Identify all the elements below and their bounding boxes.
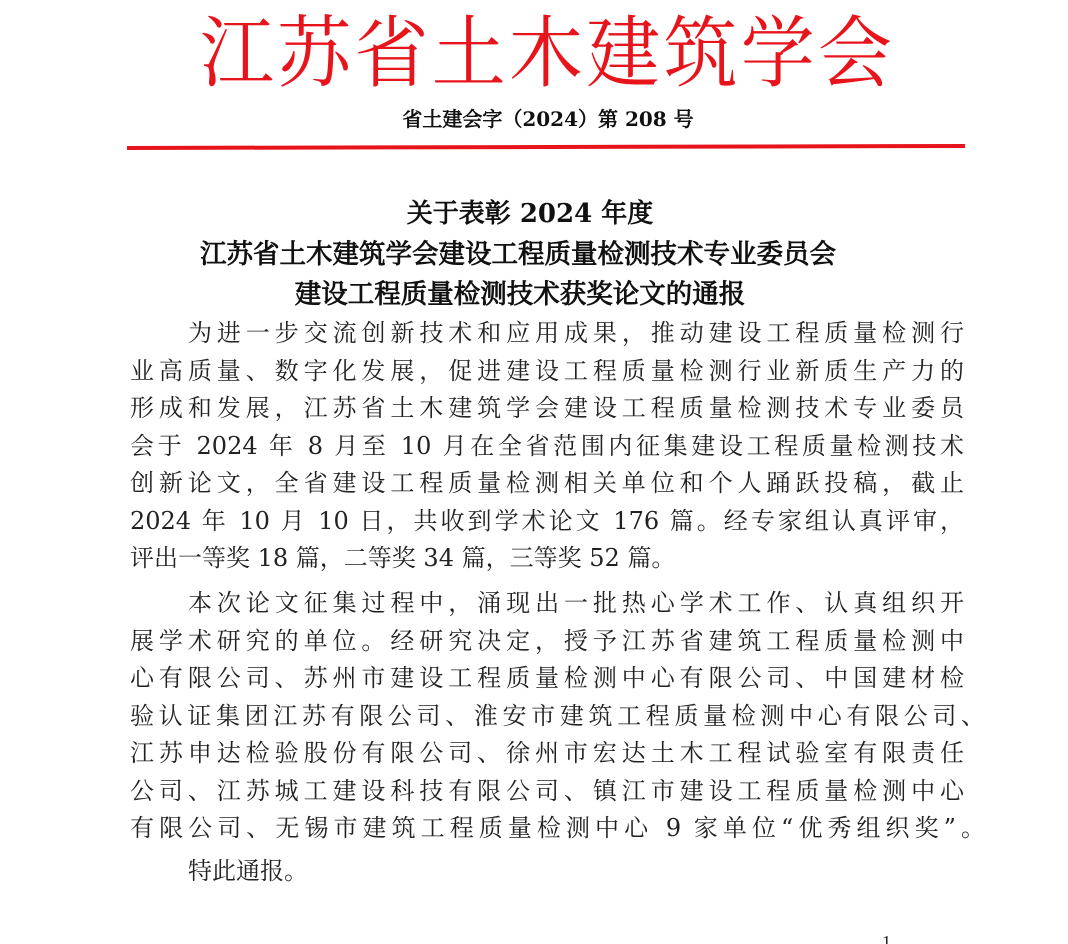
notice-title-line-3: 建设工程质量检测技术获奖论文的通报 (0, 277, 1054, 313)
notice-title-line-2: 江苏省土木建筑学会建设工程质量检测技术专业委员会 (0, 237, 1052, 273)
paragraph-line: 心有限公司、苏州市建设工程质量检测中心有限公司、中国建材检 (130, 660, 964, 696)
paragraph-line: 2024 年 10 月 10 日，共收到学术论文 176 篇。经专家组认真评审， (130, 503, 964, 539)
org-title: 江苏省土木建筑学会 (200, 14, 892, 94)
red-divider-line (127, 144, 965, 150)
paragraph-line: 江苏申达检验股份有限公司、徐州市宏达土木工程试验室有限责任 (130, 735, 964, 771)
paragraph-line: 为进一步交流创新技术和应用成果，推动建设工程质量检测行 (188, 315, 964, 351)
paragraph-line: 有限公司、无锡市建筑工程质量检测中心 9 家单位“优秀组织奖”。 (130, 810, 985, 846)
paragraph-line: 验认证集团江苏有限公司、淮安市建筑工程质量检测中心有限公司、 (130, 698, 985, 734)
notice-title-line-1: 关于表彰 2024 年度 (0, 196, 1064, 232)
page-number: 1 (882, 932, 891, 944)
paragraph-line: 业高质量、数字化发展，促进建设工程质量检测行业新质生产力的 (130, 353, 964, 389)
paragraph-line: 评出一等奖 18 篇，二等奖 34 篇，三等奖 52 篇。 (130, 540, 964, 576)
paragraph-line: 本次论文征集过程中，涌现出一批热心学术工作、认真组织开 (188, 585, 964, 621)
paragraph-line: 创新论文，全省建设工程质量检测相关单位和个人踊跃投稿，截止 (130, 465, 964, 501)
paragraph-line: 形成和发展，江苏省土木建筑学会建设工程质量检测技术专业委员 (130, 390, 964, 426)
document-number: 省土建会字（2024）第 208 号 (380, 104, 716, 134)
paragraph-line: 公司、江苏城工建设科技有限公司、镇江市建设工程质量检测中心 (130, 773, 964, 809)
paragraph-line: 会于 2024 年 8 月至 10 月在全省范围内征集建设工程质量检测技术 (130, 428, 964, 464)
closing-line: 特此通报。 (188, 853, 964, 889)
paragraph-line: 展学术研究的单位。经研究决定，授予江苏省建筑工程质量检测中 (130, 623, 964, 659)
